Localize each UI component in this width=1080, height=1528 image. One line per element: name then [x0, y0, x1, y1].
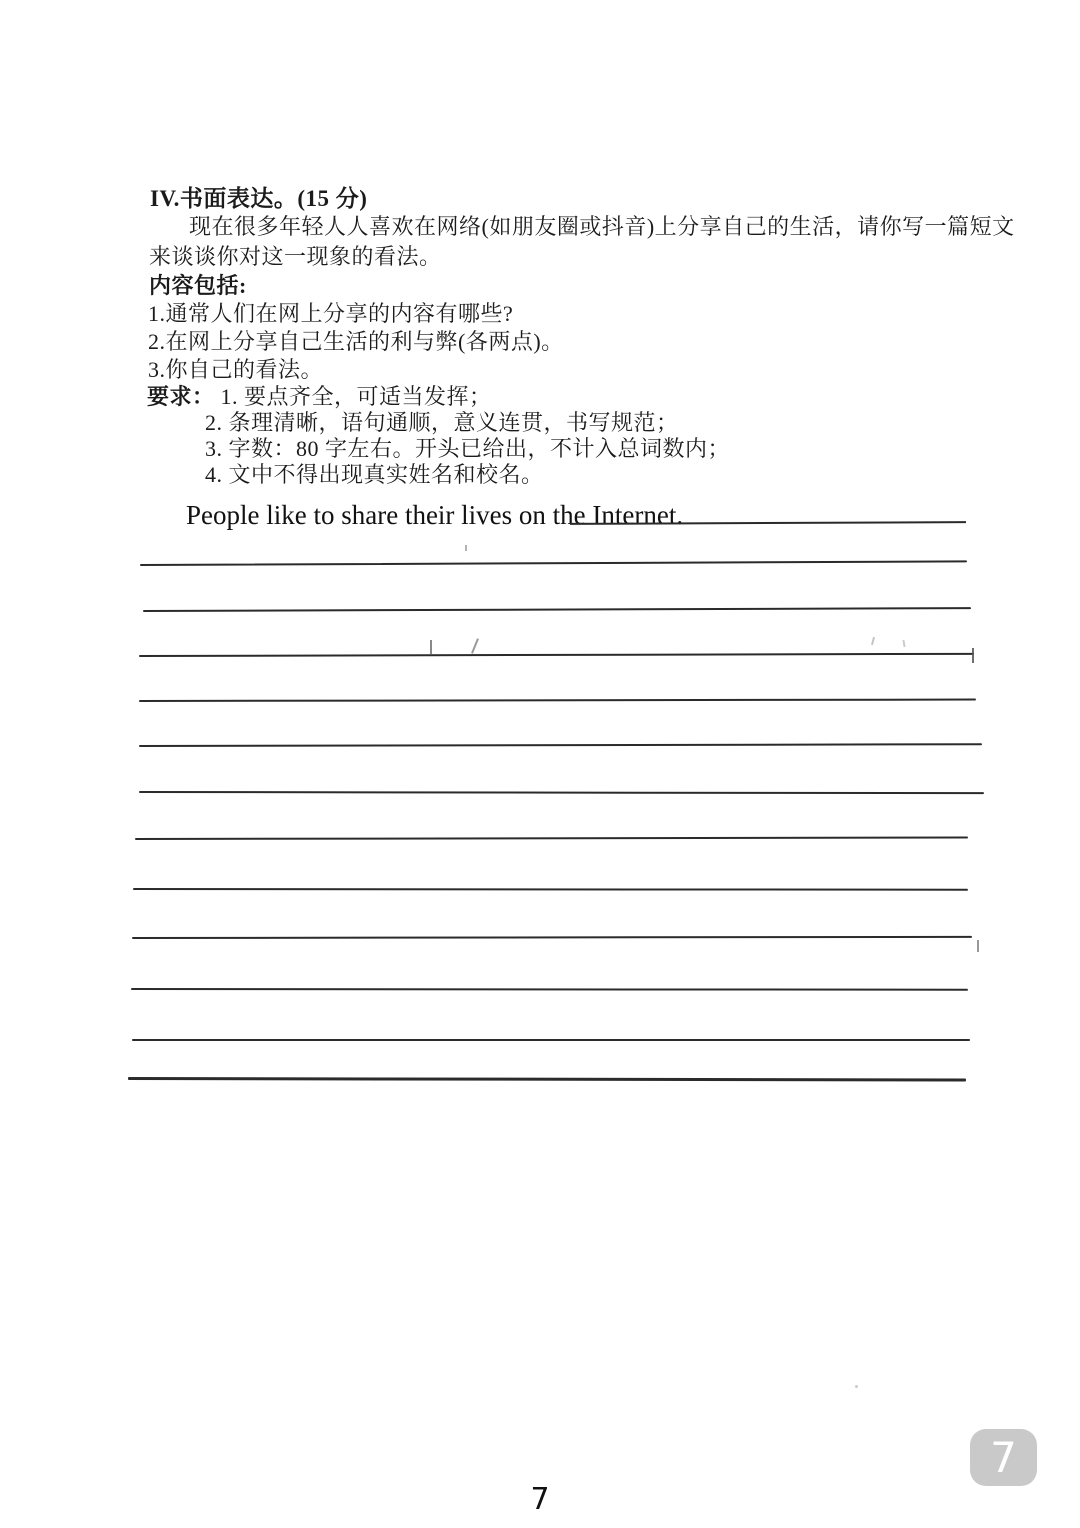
scan-speck: [855, 1385, 858, 1388]
writing-line: [139, 653, 974, 657]
intro-line-1: 现在很多年轻人人喜欢在网络(如朋友圈或抖音)上分享自己的生活，请你写一篇短文: [189, 210, 1015, 241]
writing-line: [139, 791, 984, 794]
content-point-2: 2.在网上分享自己生活的利与弊(各两点)。: [148, 325, 564, 356]
writing-line: [131, 988, 968, 991]
writing-line: [128, 1077, 966, 1081]
intro-line-2: 来谈谈你对这一现象的看法。: [149, 240, 442, 271]
exam-page: IV.书面表达。(15 分) 现在很多年轻人人喜欢在网络(如朋友圈或抖音)上分享…: [0, 0, 1080, 1528]
writing-line: [132, 936, 972, 939]
page-number: 7: [0, 1482, 1080, 1517]
content-point-1: 1.通常人们在网上分享的内容有哪些?: [148, 297, 513, 328]
scan-speck: [902, 640, 905, 647]
page-badge: 7: [970, 1429, 1037, 1486]
starter-sentence: People like to share their lives on the …: [186, 500, 683, 531]
scan-speck: [972, 648, 974, 663]
requirement-4: 4. 文中不得出现真实姓名和校名。: [205, 458, 544, 489]
scan-speck: [871, 637, 875, 645]
writing-line: [143, 607, 971, 612]
scan-speck: [430, 640, 432, 654]
starter-answer-line: [570, 521, 966, 525]
writing-line: [139, 699, 976, 702]
scan-speck: [977, 940, 979, 952]
writing-line: [132, 1039, 970, 1041]
writing-line: [139, 743, 982, 747]
writing-line: [140, 560, 967, 566]
scan-speck: [465, 545, 467, 551]
section-title: IV.书面表达。(15 分): [150, 180, 367, 213]
scan-speck: [471, 638, 479, 654]
writing-line: [135, 837, 968, 840]
writing-line: [133, 888, 968, 891]
content-heading: 内容包括:: [149, 269, 247, 300]
